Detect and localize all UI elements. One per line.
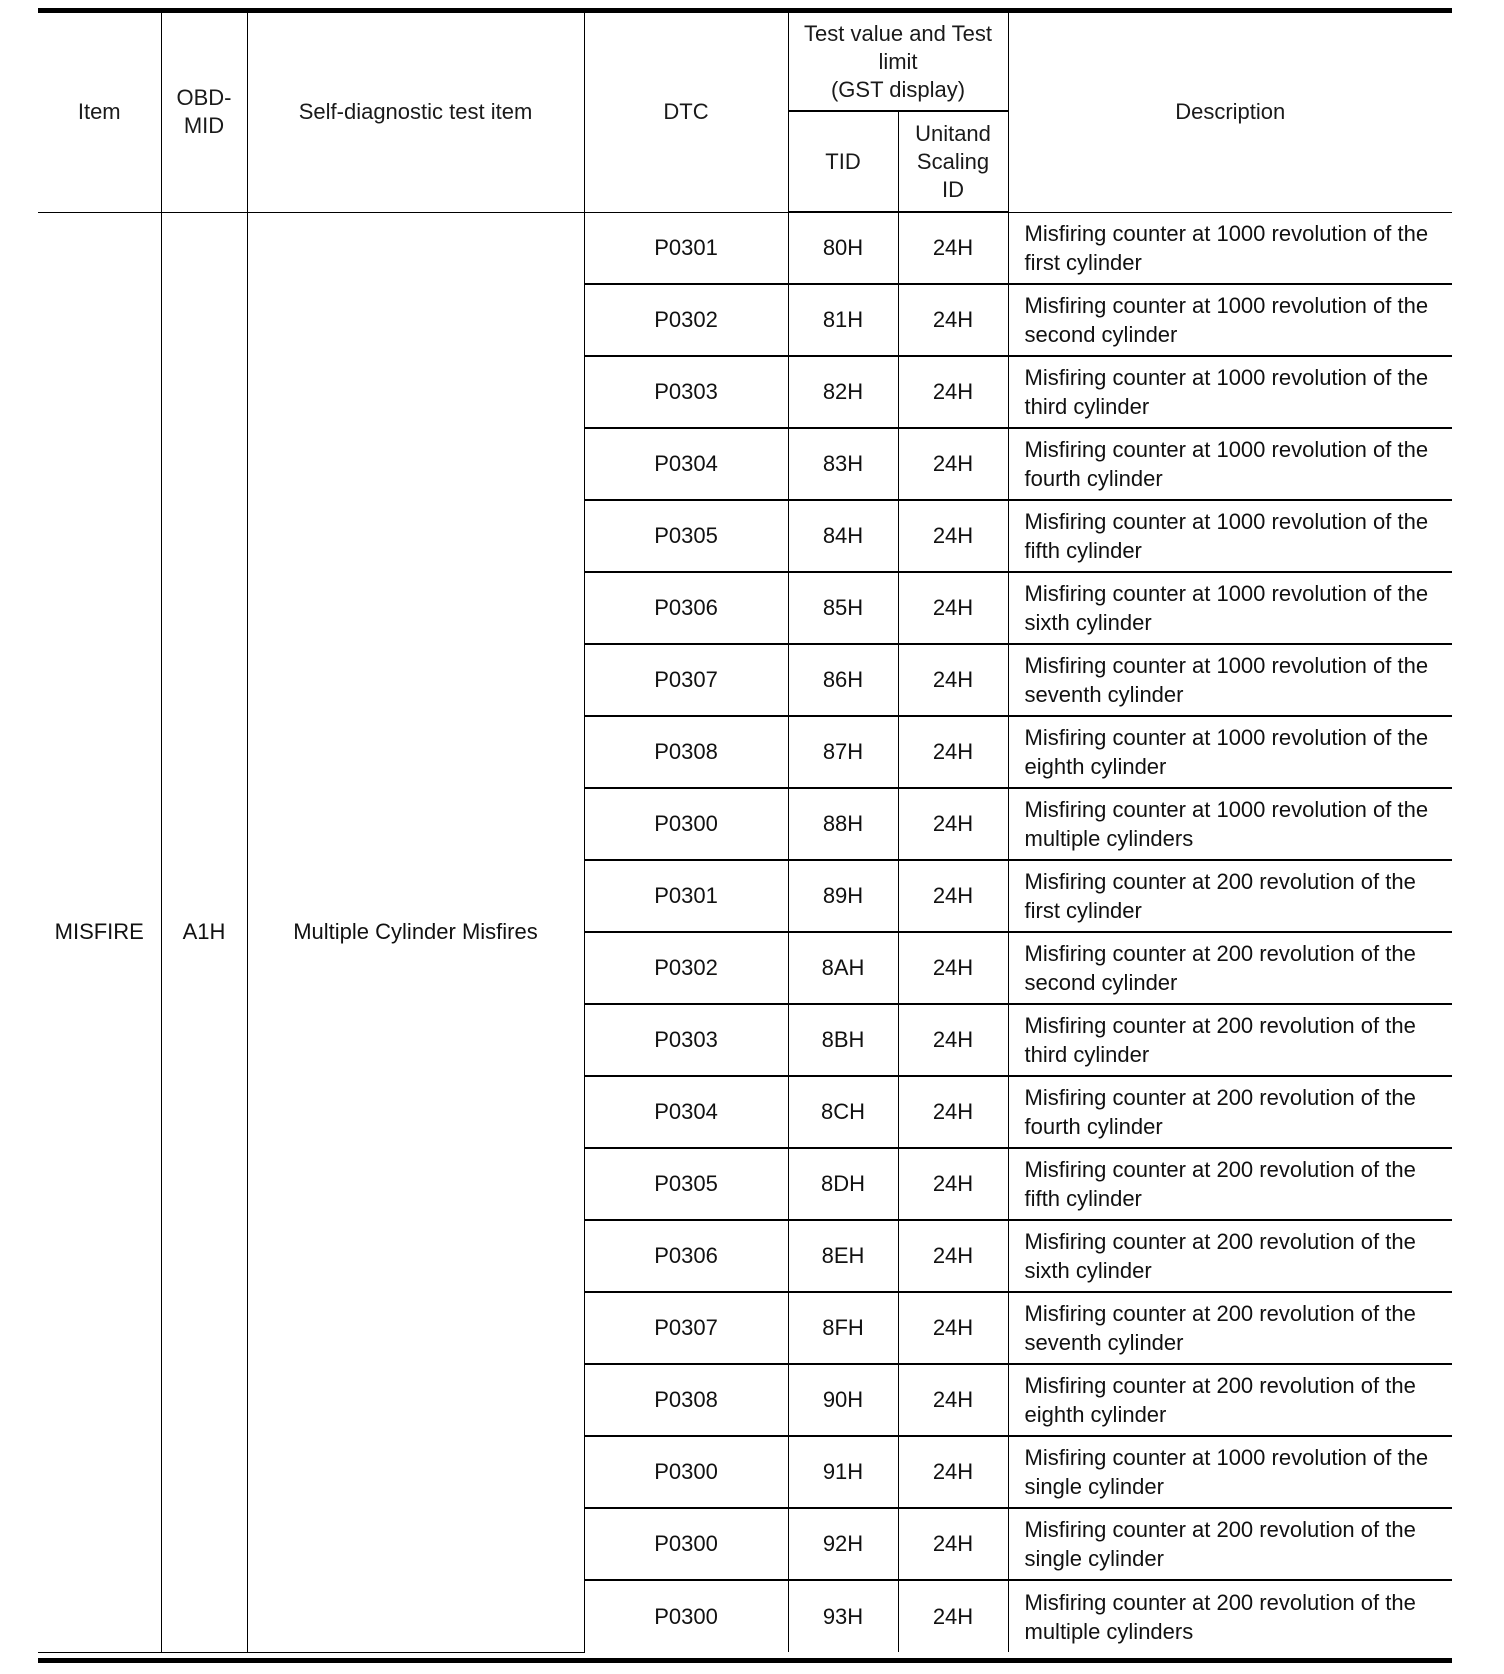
tid-cell: 86H bbox=[788, 644, 898, 716]
tid-cell: 88H bbox=[788, 788, 898, 860]
header-test-value-group: Test value and Test limit (GST display) bbox=[788, 13, 1008, 111]
dtc-cell: P0301 bbox=[584, 860, 788, 932]
description-cell: Misfiring counter at 1000 revolution of … bbox=[1008, 212, 1452, 284]
dtc-cell: P0300 bbox=[584, 1580, 788, 1652]
table-row: MISFIREA1HMultiple Cylinder MisfiresP030… bbox=[38, 212, 1452, 284]
header-test-value-text: Test value and Test limit (GST display) bbox=[789, 20, 1008, 104]
description-cell: Misfiring counter at 1000 revolution of … bbox=[1008, 428, 1452, 500]
dtc-cell: P0307 bbox=[584, 644, 788, 716]
unit-scaling-cell: 24H bbox=[898, 932, 1008, 1004]
tid-cell: 82H bbox=[788, 356, 898, 428]
description-cell: Misfiring counter at 200 revolution of t… bbox=[1008, 1004, 1452, 1076]
dtc-cell: P0308 bbox=[584, 716, 788, 788]
dtc-cell: P0305 bbox=[584, 500, 788, 572]
unit-scaling-cell: 24H bbox=[898, 788, 1008, 860]
description-cell: Misfiring counter at 200 revolution of t… bbox=[1008, 932, 1452, 1004]
dtc-cell: P0306 bbox=[584, 1220, 788, 1292]
unit-scaling-cell: 24H bbox=[898, 1364, 1008, 1436]
table-body: MISFIREA1HMultiple Cylinder MisfiresP030… bbox=[38, 212, 1452, 1652]
unit-scaling-cell: 24H bbox=[898, 428, 1008, 500]
dtc-cell: P0301 bbox=[584, 212, 788, 284]
unit-scaling-cell: 24H bbox=[898, 1076, 1008, 1148]
tid-cell: 84H bbox=[788, 500, 898, 572]
header-test-item: Self-diagnostic test item bbox=[247, 13, 584, 212]
tid-cell: 8AH bbox=[788, 932, 898, 1004]
unit-scaling-cell: 24H bbox=[898, 644, 1008, 716]
group-item-cell: MISFIRE bbox=[38, 212, 161, 1652]
tid-cell: 92H bbox=[788, 1508, 898, 1580]
description-cell: Misfiring counter at 200 revolution of t… bbox=[1008, 1076, 1452, 1148]
unit-scaling-cell: 24H bbox=[898, 356, 1008, 428]
dtc-cell: P0304 bbox=[584, 428, 788, 500]
header-item: Item bbox=[38, 13, 161, 212]
header-dtc: DTC bbox=[584, 13, 788, 212]
description-cell: Misfiring counter at 1000 revolution of … bbox=[1008, 788, 1452, 860]
dtc-cell: P0302 bbox=[584, 284, 788, 356]
description-cell: Misfiring counter at 1000 revolution of … bbox=[1008, 716, 1452, 788]
unit-scaling-cell: 24H bbox=[898, 284, 1008, 356]
unit-scaling-cell: 24H bbox=[898, 500, 1008, 572]
description-cell: Misfiring counter at 200 revolution of t… bbox=[1008, 1148, 1452, 1220]
description-cell: Misfiring counter at 200 revolution of t… bbox=[1008, 1580, 1452, 1652]
unit-scaling-cell: 24H bbox=[898, 1580, 1008, 1652]
description-cell: Misfiring counter at 1000 revolution of … bbox=[1008, 572, 1452, 644]
dtc-cell: P0307 bbox=[584, 1292, 788, 1364]
tid-cell: 93H bbox=[788, 1580, 898, 1652]
unit-scaling-cell: 24H bbox=[898, 1148, 1008, 1220]
tid-cell: 80H bbox=[788, 212, 898, 284]
unit-scaling-cell: 24H bbox=[898, 572, 1008, 644]
description-cell: Misfiring counter at 200 revolution of t… bbox=[1008, 1364, 1452, 1436]
unit-scaling-cell: 24H bbox=[898, 1508, 1008, 1580]
tid-cell: 90H bbox=[788, 1364, 898, 1436]
description-cell: Misfiring counter at 1000 revolution of … bbox=[1008, 1436, 1452, 1508]
tid-cell: 91H bbox=[788, 1436, 898, 1508]
table-header: Item OBD- MID Self-diagnostic test item … bbox=[38, 13, 1452, 212]
description-cell: Misfiring counter at 200 revolution of t… bbox=[1008, 1292, 1452, 1364]
tid-cell: 83H bbox=[788, 428, 898, 500]
description-cell: Misfiring counter at 200 revolution of t… bbox=[1008, 1220, 1452, 1292]
header-obd-mid-text: OBD- MID bbox=[177, 85, 232, 138]
unit-scaling-cell: 24H bbox=[898, 860, 1008, 932]
header-unit-scaling-text: Unitand Scaling ID bbox=[915, 121, 991, 202]
misfire-test-table: Item OBD- MID Self-diagnostic test item … bbox=[38, 13, 1452, 1653]
header-tid: TID bbox=[788, 111, 898, 212]
tid-cell: 8FH bbox=[788, 1292, 898, 1364]
dtc-cell: P0304 bbox=[584, 1076, 788, 1148]
dtc-cell: P0302 bbox=[584, 932, 788, 1004]
table-bottom-rule bbox=[38, 1658, 1452, 1663]
dtc-cell: P0300 bbox=[584, 788, 788, 860]
description-cell: Misfiring counter at 1000 revolution of … bbox=[1008, 500, 1452, 572]
description-cell: Misfiring counter at 200 revolution of t… bbox=[1008, 1508, 1452, 1580]
description-cell: Misfiring counter at 1000 revolution of … bbox=[1008, 356, 1452, 428]
unit-scaling-cell: 24H bbox=[898, 1220, 1008, 1292]
header-obd-mid: OBD- MID bbox=[161, 13, 247, 212]
description-cell: Misfiring counter at 1000 revolution of … bbox=[1008, 644, 1452, 716]
unit-scaling-cell: 24H bbox=[898, 716, 1008, 788]
tid-cell: 89H bbox=[788, 860, 898, 932]
dtc-cell: P0300 bbox=[584, 1508, 788, 1580]
dtc-cell: P0306 bbox=[584, 572, 788, 644]
unit-scaling-cell: 24H bbox=[898, 1004, 1008, 1076]
tid-cell: 87H bbox=[788, 716, 898, 788]
tid-cell: 81H bbox=[788, 284, 898, 356]
unit-scaling-cell: 24H bbox=[898, 1292, 1008, 1364]
tid-cell: 8EH bbox=[788, 1220, 898, 1292]
dtc-cell: P0303 bbox=[584, 1004, 788, 1076]
dtc-cell: P0305 bbox=[584, 1148, 788, 1220]
dtc-cell: P0303 bbox=[584, 356, 788, 428]
description-cell: Misfiring counter at 1000 revolution of … bbox=[1008, 284, 1452, 356]
description-cell: Misfiring counter at 200 revolution of t… bbox=[1008, 860, 1452, 932]
group-test-item-cell: Multiple Cylinder Misfires bbox=[247, 212, 584, 1652]
dtc-cell: P0300 bbox=[584, 1436, 788, 1508]
header-unit-scaling: Unitand Scaling ID bbox=[898, 111, 1008, 212]
group-obd-mid-cell: A1H bbox=[161, 212, 247, 1652]
header-description: Description bbox=[1008, 13, 1452, 212]
unit-scaling-cell: 24H bbox=[898, 212, 1008, 284]
unit-scaling-cell: 24H bbox=[898, 1436, 1008, 1508]
tid-cell: 85H bbox=[788, 572, 898, 644]
tid-cell: 8BH bbox=[788, 1004, 898, 1076]
dtc-cell: P0308 bbox=[584, 1364, 788, 1436]
tid-cell: 8DH bbox=[788, 1148, 898, 1220]
tid-cell: 8CH bbox=[788, 1076, 898, 1148]
